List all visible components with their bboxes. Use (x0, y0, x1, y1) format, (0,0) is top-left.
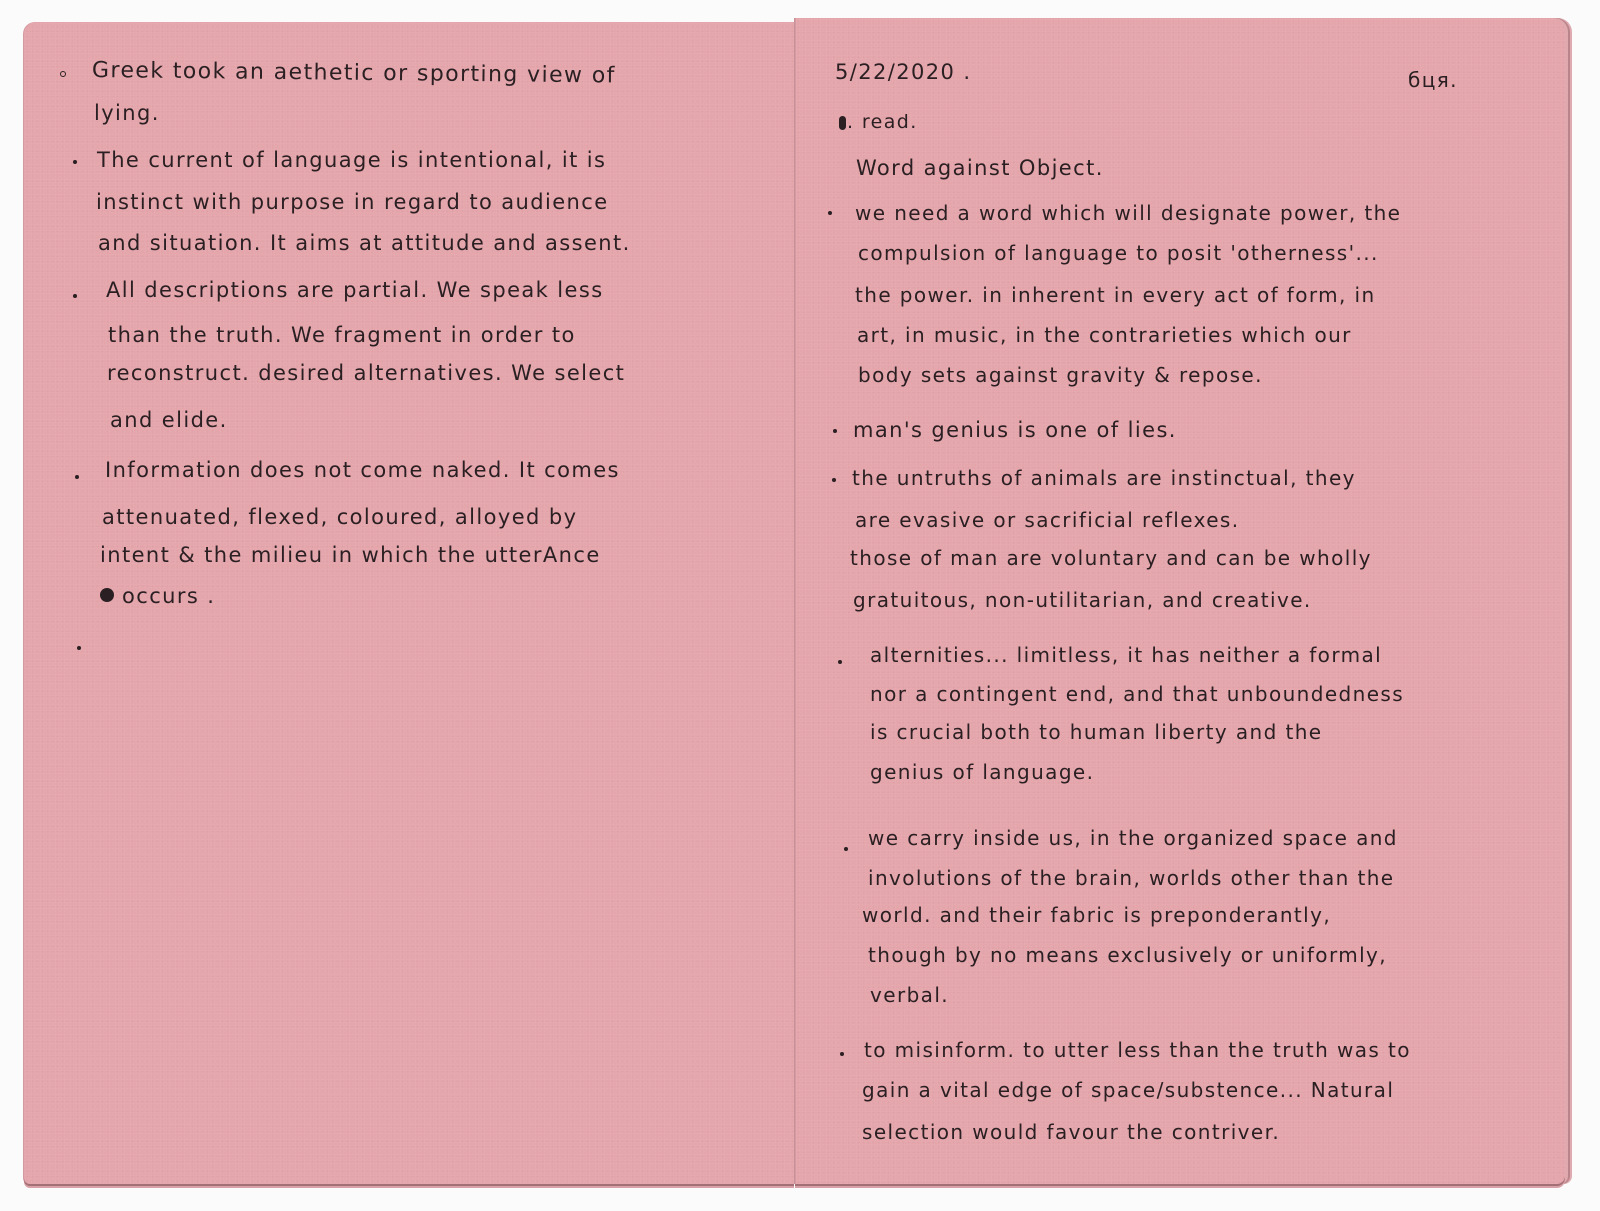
note-line: Information does not come naked. It come… (105, 460, 620, 481)
bullet-icon (73, 160, 77, 164)
note-line: to misinform. to utter less than the tru… (864, 1040, 1411, 1060)
note-line: is crucial both to human liberty and the (870, 722, 1323, 742)
note-line: though by no means exclusively or unifor… (868, 945, 1387, 965)
note-line: instinct with purpose in regard to audie… (96, 192, 609, 213)
note-line: and elide. (110, 410, 228, 431)
note-line: man's genius is one of lies. (853, 420, 1177, 441)
page-fold (794, 18, 796, 1184)
bullet-icon (844, 847, 848, 851)
note-line: alternities... limitless, it has neither… (870, 645, 1382, 665)
note-line: lying. (94, 103, 160, 124)
bullet-icon (840, 1052, 844, 1056)
note-line: reconstruct. desired alternatives. We se… (107, 363, 625, 384)
note-line: the untruths of animals are instinctual,… (852, 468, 1356, 488)
note-line: the power. in inherent in every act of f… (855, 285, 1376, 305)
note-line: Greek took an aethetic or sporting view … (92, 60, 616, 87)
corner-mark: бця. (1408, 70, 1458, 90)
ink-blot (100, 588, 114, 602)
date-label: 5/22/2020 . (835, 62, 971, 83)
section-subtitle: Word against Object. (856, 158, 1104, 179)
bullet-icon (828, 211, 832, 215)
bullet-icon (75, 475, 79, 479)
note-line: we carry inside us, in the organized spa… (868, 828, 1398, 848)
note-line: gratuitous, non-utilitarian, and creativ… (853, 590, 1312, 610)
bullet-icon (838, 660, 842, 664)
note-line: than the truth. We fragment in order to (108, 325, 576, 346)
notebook-scan: Greek took an aethetic or sporting view … (0, 0, 1600, 1211)
note-line: we need a word which will designate powe… (855, 203, 1401, 223)
bullet-icon (833, 429, 837, 433)
note-line: The current of language is intentional, … (97, 150, 606, 171)
note-line: body sets against gravity & repose. (858, 365, 1263, 385)
note-line: attenuated, flexed, coloured, alloyed by (102, 507, 577, 528)
note-line: All descriptions are partial. We speak l… (106, 280, 604, 301)
note-line: genius of language. (870, 762, 1094, 782)
note-line: involutions of the brain, worlds other t… (868, 868, 1394, 888)
note-line: those of man are voluntary and can be wh… (850, 548, 1372, 568)
bullet-icon (839, 116, 846, 130)
note-line: nor a contingent end, and that unbounded… (870, 684, 1404, 704)
bullet-icon (77, 646, 81, 650)
note-line: compulsion of language to posit 'otherne… (858, 243, 1379, 263)
note-line: intent & the milieu in which the utterAn… (100, 545, 601, 566)
note-line: world. and their fabric is preponderantl… (862, 905, 1331, 925)
bullet-icon (73, 294, 77, 298)
bullet-icon (832, 478, 836, 482)
note-line: gain a vital edge of space/substence... … (862, 1080, 1394, 1100)
note-line: and situation. It aims at attitude and a… (98, 233, 631, 254)
bullet-icon (60, 71, 66, 77)
section-heading: . read. (847, 113, 918, 132)
note-line: occurs . (122, 586, 215, 607)
note-line: are evasive or sacrificial reflexes. (855, 510, 1240, 530)
note-line: selection would favour the contriver. (862, 1122, 1280, 1142)
note-line: verbal. (870, 985, 949, 1005)
note-line: art, in music, in the contrarieties whic… (857, 325, 1352, 345)
